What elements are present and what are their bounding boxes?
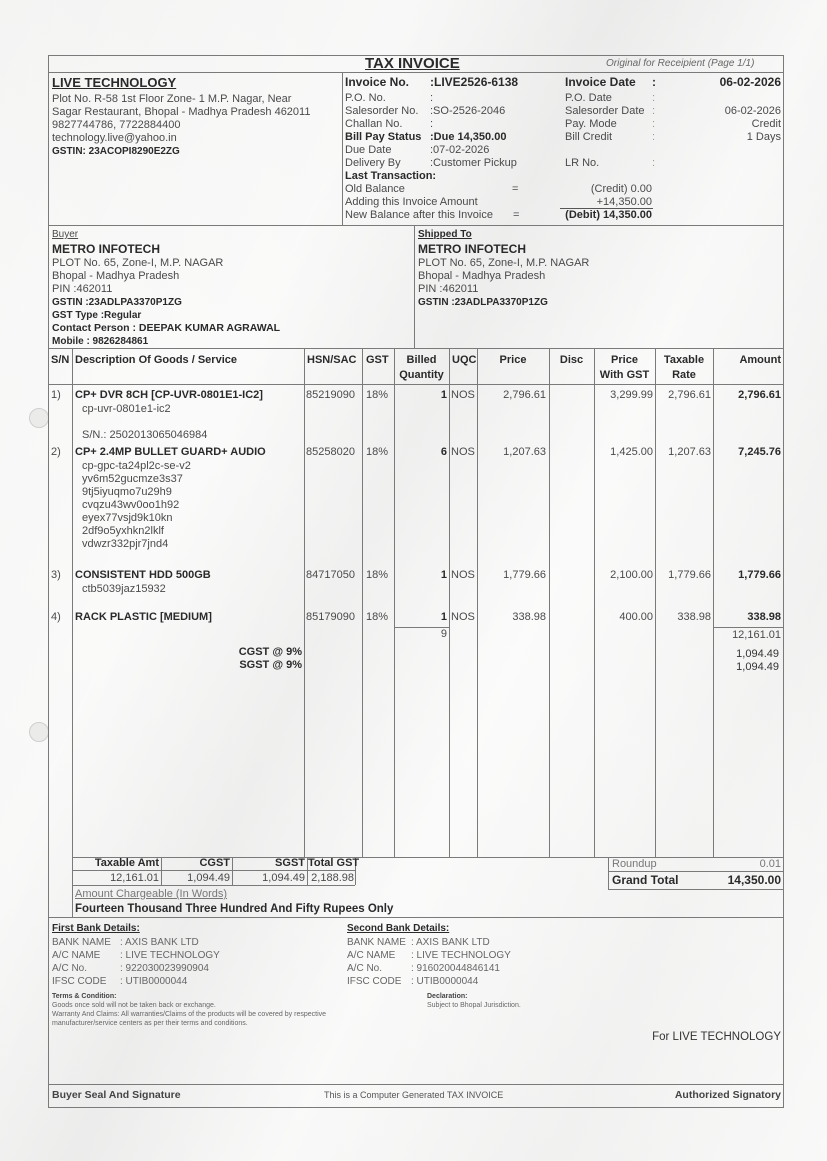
item-uqc: NOS (451, 389, 475, 402)
new-balance-eq: = (513, 209, 519, 222)
bank2-row-value: : LIVE TECHNOLOGY (411, 949, 511, 962)
bill-pay-status-label: Bill Pay Status (345, 131, 421, 144)
bank1-row-value: : 922030023990904 (120, 962, 209, 975)
bill-credit: 1 Days (680, 131, 781, 144)
header-sn: S/N (51, 354, 69, 367)
item-uqc: NOS (451, 611, 475, 624)
header-price: Price (477, 354, 549, 367)
item-description: RACK PLASTIC [MEDIUM] (75, 611, 212, 624)
item-description: CP+ 2.4MP BULLET GUARD+ AUDIO (75, 446, 266, 459)
po-date-label: P.O. Date (565, 92, 612, 105)
shipped-to-heading: Shipped To (418, 228, 472, 241)
cgst-label: CGST @ 9% (200, 646, 302, 659)
header-billed-qty: Billed (394, 354, 449, 367)
header-taxable-rate-2: Rate (655, 369, 713, 382)
item-price-with-gst: 2,100.00 (594, 569, 653, 582)
item-amount: 7,245.76 (713, 446, 781, 459)
challan-no: : (430, 118, 433, 131)
item-detail-line: eyex77vsjd9k10kn (82, 512, 173, 525)
item-gst: 18% (366, 446, 388, 459)
po-no-label: P.O. No. (345, 92, 386, 105)
item-amount: 2,796.61 (713, 389, 781, 402)
seller-email: technology.live@yahoo.in (52, 132, 177, 145)
header-billed-qty-2: Quantity (394, 369, 449, 382)
item-price-with-gst: 400.00 (594, 611, 653, 624)
salesorder-no: :SO-2526-2046 (430, 105, 505, 118)
item-price: 2,796.61 (477, 389, 546, 402)
item-detail-line: 2df9o5yxhkn2lklf (82, 525, 164, 538)
seller-address-line2: Sagar Restaurant, Bhopal - Madhya Prades… (52, 106, 310, 119)
declaration-text: Subject to Bhopal Jurisdiction. (427, 1001, 521, 1010)
due-date-label: Due Date (345, 144, 391, 157)
bank2-row-value: : UTIB0000044 (411, 975, 478, 988)
bank1-row-label: A/C No. (52, 962, 87, 975)
shipped-to-name: METRO INFOTECH (418, 242, 526, 256)
header-uqc: UQC (452, 354, 476, 367)
punch-hole-top (29, 408, 49, 428)
item-hsn: 85179090 (306, 611, 355, 624)
item-taxable-rate: 338.98 (655, 611, 711, 624)
item-hsn: 85219090 (306, 389, 355, 402)
invoice-no: :LIVE2526-6138 (430, 75, 518, 89)
terms-line-3: manufacturer/service centers as per thei… (52, 1019, 248, 1028)
item-taxable-rate: 2,796.61 (655, 389, 711, 402)
old-balance-label: Old Balance (345, 183, 405, 196)
terms-heading: Terms & Condition: (52, 992, 116, 1001)
item-sn: 2) (51, 446, 61, 459)
buyer-city-state: Bhopal - Madhya Pradesh (52, 270, 179, 283)
invoice-date: 06-02-2026 (680, 75, 781, 89)
buyer-mobile: Mobile : 9826284861 (52, 335, 148, 348)
bank1-heading: First Bank Details: (52, 922, 140, 935)
seller-address-line1: Plot No. R-58 1st Floor Zone- 1 M.P. Nag… (52, 93, 291, 106)
item-amount: 1,779.66 (713, 569, 781, 582)
bank2-row-label: A/C No. (347, 962, 382, 975)
invoice-date-label: Invoice Date (565, 75, 636, 89)
tax-summary-cgst: 1,094.49 (162, 872, 230, 885)
item-hsn: 85258020 (306, 446, 355, 459)
delivery-by: :Customer Pickup (430, 157, 517, 170)
due-date: :07-02-2026 (430, 144, 489, 157)
bank1-row-label: A/C NAME (52, 949, 100, 962)
tax-summary-taxable: 12,161.01 (74, 872, 159, 885)
item-gst: 18% (366, 389, 388, 402)
header-hsn: HSN/SAC (307, 354, 357, 367)
bank1-row-label: IFSC CODE (52, 975, 106, 988)
sgst-label: SGST @ 9% (200, 659, 302, 672)
header-price-with-gst-2: With GST (594, 369, 655, 382)
seller-name: LIVE TECHNOLOGY (52, 75, 176, 90)
terms-line-2: Warranty And Claims: All warranties/Clai… (52, 1010, 326, 1019)
item-price: 1,779.66 (477, 569, 546, 582)
tax-summary-header-cgst: CGST (162, 857, 230, 870)
new-balance: (Debit) 14,350.00 (550, 209, 652, 222)
computer-generated-note: This is a Computer Generated TAX INVOICE (324, 1089, 503, 1102)
lr-no-label: LR No. (565, 157, 599, 170)
copy-label: Original for Receipient (Page 1/1) (606, 57, 754, 70)
roundup-label: Roundup (612, 858, 657, 871)
item-hsn: 84717050 (306, 569, 355, 582)
tax-summary-header-taxable: Taxable Amt (74, 857, 159, 870)
lr-no-colon: : (652, 157, 655, 170)
grand-total-value: 14,350.00 (700, 873, 781, 887)
bill-pay-status: :Due 14,350.00 (430, 131, 506, 144)
item-detail-line: yv6m52gucmze3s37 (82, 473, 183, 486)
document-title: TAX INVOICE (365, 55, 460, 72)
item-taxable-rate: 1,779.66 (655, 569, 711, 582)
header-amount: Amount (713, 354, 781, 367)
authorized-signatory: Authorized Signatory (620, 1089, 781, 1102)
tax-summary-header-total-gst: Total GST (308, 857, 354, 870)
item-detail-line: ctb5039jaz15932 (82, 583, 166, 596)
item-detail-line: 9tj5iyuqmo7u29h9 (82, 486, 172, 499)
bank1-row-value: : AXIS BANK LTD (120, 936, 199, 949)
item-description: CONSISTENT HDD 500GB (75, 569, 211, 582)
buyer-gstin: GSTIN :23ADLPA3370P1ZG (52, 296, 182, 309)
buyer-seal-signature: Buyer Seal And Signature (52, 1089, 181, 1102)
cgst-amount: 1,094.49 (713, 648, 779, 661)
subtotal-amount: 12,161.01 (713, 629, 781, 642)
declaration-heading: Declaration: (427, 992, 467, 1001)
buyer-address: PLOT No. 65, Zone-I, M.P. NAGAR (52, 257, 223, 270)
for-company-label: For LIVE TECHNOLOGY (600, 1031, 781, 1044)
terms-line-1: Goods once sold will not be taken back o… (52, 1001, 216, 1010)
bank2-row-label: BANK NAME (347, 936, 406, 949)
buyer-contact-person: Contact Person : DEEPAK KUMAR AGRAWAL (52, 322, 280, 335)
shipped-to-city-state: Bhopal - Madhya Pradesh (418, 270, 545, 283)
salesorder-date-label: Salesorder Date (565, 105, 645, 118)
item-price: 338.98 (477, 611, 546, 624)
header-gst: GST (366, 354, 389, 367)
po-date-colon: : (652, 92, 655, 105)
item-quantity: 1 (394, 389, 447, 402)
header-price-with-gst: Price (594, 354, 655, 367)
grand-total-label: Grand Total (612, 873, 678, 887)
sgst-amount: 1,094.49 (713, 661, 779, 674)
bank1-row-value: : LIVE TECHNOLOGY (120, 949, 220, 962)
item-uqc: NOS (451, 446, 475, 459)
invoice-no-label: Invoice No. (345, 75, 409, 89)
tax-summary-total-gst: 2,188.98 (308, 872, 354, 885)
header-disc: Disc (549, 354, 594, 367)
buyer-gst-type: GST Type :Regular (52, 309, 141, 322)
shipped-to-gstin: GSTIN :23ADLPA3370P1ZG (418, 296, 548, 309)
amount-words-value: Fourteen Thousand Three Hundred And Fift… (75, 903, 393, 916)
punch-hole-bottom (29, 722, 49, 742)
buyer-name: METRO INFOTECH (52, 242, 160, 256)
item-description: CP+ DVR 8CH [CP-UVR-0801E1-IC2] (75, 389, 263, 402)
tax-summary-header-sgst: SGST (233, 857, 305, 870)
amount-words-label: Amount Chargeable (In Words) (75, 888, 227, 901)
item-price-with-gst: 3,299.99 (594, 389, 653, 402)
old-balance: (Credit) 0.00 (560, 183, 652, 196)
pay-mode-colon: : (652, 118, 655, 131)
bill-credit-colon: : (652, 131, 655, 144)
roundup-value: 0.01 (700, 858, 781, 871)
salesorder-date: 06-02-2026 (680, 105, 781, 118)
bank1-row-label: BANK NAME (52, 936, 111, 949)
bank2-row-label: IFSC CODE (347, 975, 401, 988)
item-sn: 4) (51, 611, 61, 624)
item-detail-line: vdwzr332pjr7jnd4 (82, 538, 168, 551)
item-detail-line: S/N.: 2502013065046984 (82, 429, 207, 442)
new-balance-label: New Balance after this Invoice (345, 209, 493, 222)
salesorder-no-label: Salesorder No. (345, 105, 418, 118)
pay-mode-label: Pay. Mode (565, 118, 617, 131)
item-taxable-rate: 1,207.63 (655, 446, 711, 459)
seller-phones: 9827744786, 7722884400 (52, 119, 180, 132)
item-uqc: NOS (451, 569, 475, 582)
buyer-pin: PIN :462011 (52, 283, 112, 296)
bank1-row-value: : UTIB0000044 (120, 975, 187, 988)
po-no: : (430, 92, 433, 105)
pay-mode: Credit (680, 118, 781, 131)
item-quantity: 1 (394, 569, 447, 582)
bill-credit-label: Bill Credit (565, 131, 612, 144)
header-taxable-rate: Taxable (655, 354, 713, 367)
item-sn: 3) (51, 569, 61, 582)
total-quantity: 9 (394, 628, 447, 641)
item-gst: 18% (366, 569, 388, 582)
old-balance-eq: = (512, 183, 518, 196)
invoice-date-colon: : (652, 75, 656, 89)
bank2-row-label: A/C NAME (347, 949, 395, 962)
challan-no-label: Challan No. (345, 118, 402, 131)
item-price: 1,207.63 (477, 446, 546, 459)
last-transaction-label: Last Transaction: (345, 170, 436, 183)
seller-gstin: GSTIN: 23ACOPI8290E2ZG (52, 145, 180, 158)
item-detail-line: cp-gpc-ta24pl2c-se-v2 (82, 460, 191, 473)
item-detail-line: cp-uvr-0801e1-ic2 (82, 403, 171, 416)
salesorder-date-colon: : (652, 105, 655, 118)
item-detail-line: cvqzu43wv0oo1h92 (82, 499, 179, 512)
item-quantity: 6 (394, 446, 447, 459)
item-price-with-gst: 1,425.00 (594, 446, 653, 459)
buyer-heading: Buyer (52, 228, 78, 241)
item-amount: 338.98 (713, 611, 781, 624)
bank2-row-value: : AXIS BANK LTD (411, 936, 490, 949)
item-quantity: 1 (394, 611, 447, 624)
tax-summary-sgst: 1,094.49 (233, 872, 305, 885)
item-sn: 1) (51, 389, 61, 402)
delivery-by-label: Delivery By (345, 157, 401, 170)
adding-invoice-label: Adding this Invoice Amount (345, 196, 478, 209)
header-description: Description Of Goods / Service (75, 354, 237, 367)
shipped-to-pin: PIN :462011 (418, 283, 478, 296)
shipped-to-address: PLOT No. 65, Zone-I, M.P. NAGAR (418, 257, 589, 270)
bank2-row-value: : 916020044846141 (411, 962, 500, 975)
item-gst: 18% (366, 611, 388, 624)
bank2-heading: Second Bank Details: (347, 922, 449, 935)
